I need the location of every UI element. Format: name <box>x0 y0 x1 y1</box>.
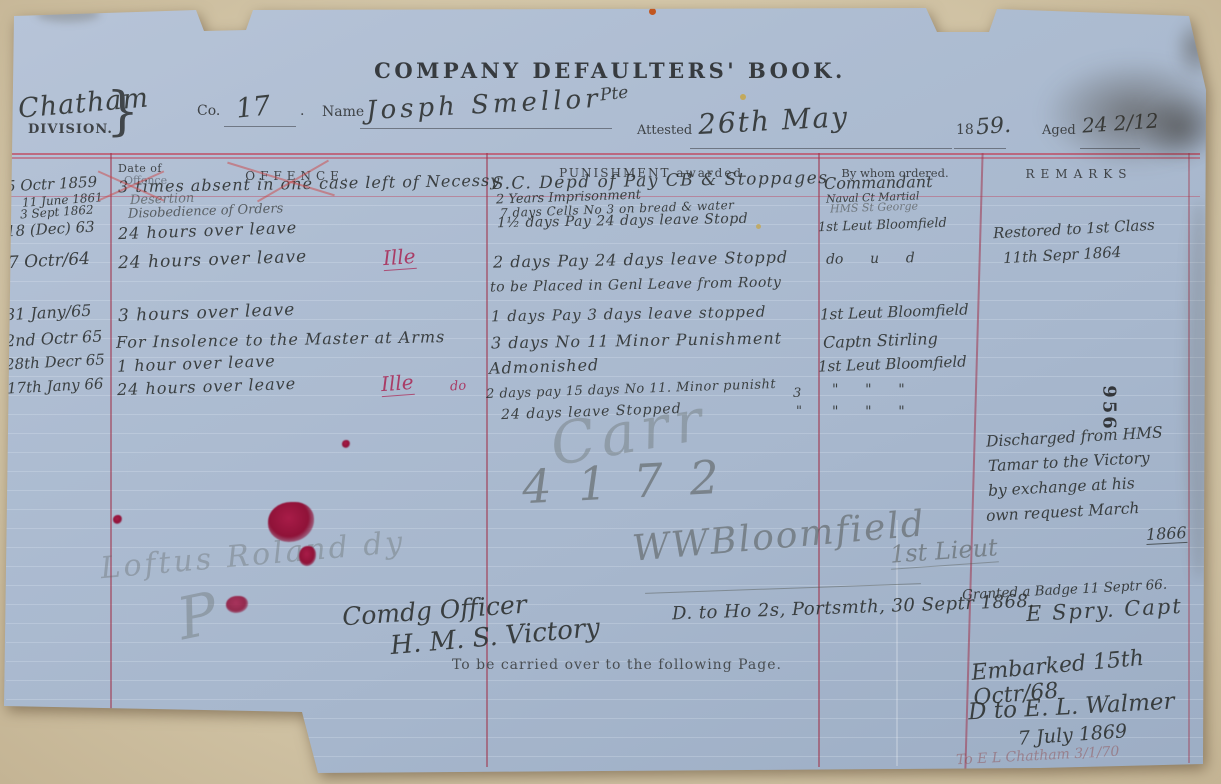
faint-pencil-name: Loftus Roland dy <box>99 525 407 587</box>
rank-value: Pte <box>599 83 629 106</box>
ordered-entry: " " " <box>832 404 905 420</box>
punishment-entry: to be Placed in Genl Leave from Rooty <box>490 274 782 295</box>
remark-discharge-1: Discharged from HMS <box>986 423 1163 450</box>
edge-shading <box>36 6 100 22</box>
red-initials-mark: Ille <box>380 370 414 397</box>
bracket-digit: 3 <box>793 386 801 401</box>
year-underline <box>954 148 1006 149</box>
pencil-figures: 4 1 7 2 <box>521 450 726 515</box>
ordered-entry: do u d <box>826 250 915 268</box>
ordered-entry: 1st Leut Bloomfield <box>818 216 947 235</box>
remark-discharge-2: Tamar to the Victory <box>988 449 1150 475</box>
remark-restored-2: 11th Sepr 1864 <box>1003 243 1122 267</box>
division-label: DIVISION. <box>28 122 113 137</box>
offence-entry: 24 hours over leave <box>118 218 298 243</box>
ink-blot <box>226 596 248 613</box>
aged-label: Aged <box>1042 123 1076 138</box>
punishment-entry: 3 days No 11 Minor Punishment <box>491 328 782 352</box>
aged-value: 24 2/12 <box>1081 108 1159 137</box>
archive-number-stamp: 956 <box>1099 381 1120 437</box>
year-value: 59. <box>975 113 1012 140</box>
paper-speck <box>756 224 761 229</box>
signature-rank: 1st Lieut <box>889 533 999 569</box>
offence-entry: For Insolence to the Master at Arms <box>116 327 446 352</box>
red-do-note: do <box>449 378 466 394</box>
offence-entry: 3 hours over leave <box>118 300 296 326</box>
punishment-entry: 1½ days Pay 24 days leave Stopd <box>497 211 748 231</box>
remark-discharge-year: 1866 <box>1146 523 1188 545</box>
date-entry: 2nd Octr 65 <box>5 326 103 350</box>
year-printed: 18 <box>956 122 974 138</box>
red-initials-mark: Ille <box>382 244 416 271</box>
ordered-entry: 1st Leut Bloomfield <box>820 300 969 323</box>
col-divider-offence <box>486 153 488 767</box>
co-label: Co. <box>197 103 220 119</box>
col-divider-date <box>110 153 112 765</box>
co-underline <box>224 126 296 127</box>
ink-blot <box>113 515 122 524</box>
faint-pencil-scribble: P <box>171 579 223 654</box>
paper-speck <box>740 94 746 100</box>
defaulters-book-page: COMPANY DEFAULTERS' BOOK. Chatham } DIVI… <box>0 0 1221 784</box>
remark-discharge-4: own request March <box>986 499 1140 525</box>
paper-speck <box>649 8 656 15</box>
remark-restored-1: Restored to 1st Class <box>993 216 1156 242</box>
punishment-entry: 2 days Pay 24 days leave Stoppd <box>493 247 788 271</box>
name-label: Name <box>322 104 364 120</box>
offence-entry: 24 hours over leave <box>118 247 308 274</box>
signature-underline <box>645 583 921 594</box>
bloomfield-signature: WWBloomfield <box>631 503 928 569</box>
photo-of-document: COMPANY DEFAULTERS' BOOK. Chatham } DIVI… <box>0 0 1221 784</box>
punishment-entry: 1 days Pay 3 days leave stopped <box>491 303 767 326</box>
col-divider-punishment <box>818 153 820 767</box>
col-header-remarks: REMARKS <box>970 167 1188 181</box>
ordered-entry: HMS St George <box>830 199 918 215</box>
date-entry: 28th Decr 65 <box>5 350 106 373</box>
co-period: . <box>300 103 304 119</box>
dark-stain <box>1172 16 1221 80</box>
attested-label: Attested <box>637 123 692 138</box>
date-entry: 31 Jany/65 <box>5 301 92 325</box>
aged-underline <box>1080 148 1140 149</box>
name-underline <box>360 128 612 129</box>
offence-entry: 1 hour over leave <box>117 351 276 376</box>
date-entry: 17th Jany 66 <box>7 374 104 397</box>
name-value: Josph Smellor <box>365 84 602 126</box>
ditto-mark: " <box>796 404 802 419</box>
punishment-entry: Admonished <box>489 355 600 378</box>
table-top-rule <box>8 153 1200 155</box>
faint-bottom-note: To E L Chatham 3/1/70 <box>956 744 1120 769</box>
carried-over-note: To be carried over to the following Page… <box>452 657 782 673</box>
page-title: COMPANY DEFAULTERS' BOOK. <box>370 58 850 83</box>
co-value: 17 <box>234 90 271 124</box>
attested-value: 26th May <box>697 100 850 141</box>
ordered-entry: Captn Stirling <box>823 329 938 352</box>
remark-discharge-3: by exchange at his <box>988 474 1135 500</box>
ink-blot <box>342 440 350 448</box>
date-entry: 18 (Dec) 63 <box>6 218 96 241</box>
attested-underline <box>690 148 952 149</box>
ordered-entry: " " " <box>832 382 905 398</box>
ordered-entry: 1st Leut Bloomfield <box>818 352 967 375</box>
offence-entry: 24 hours over leave <box>117 374 297 399</box>
date-entry: 7 Octr/64 <box>8 249 91 273</box>
table-top-rule-2 <box>8 157 1200 159</box>
edge-shading <box>1186 200 1212 580</box>
